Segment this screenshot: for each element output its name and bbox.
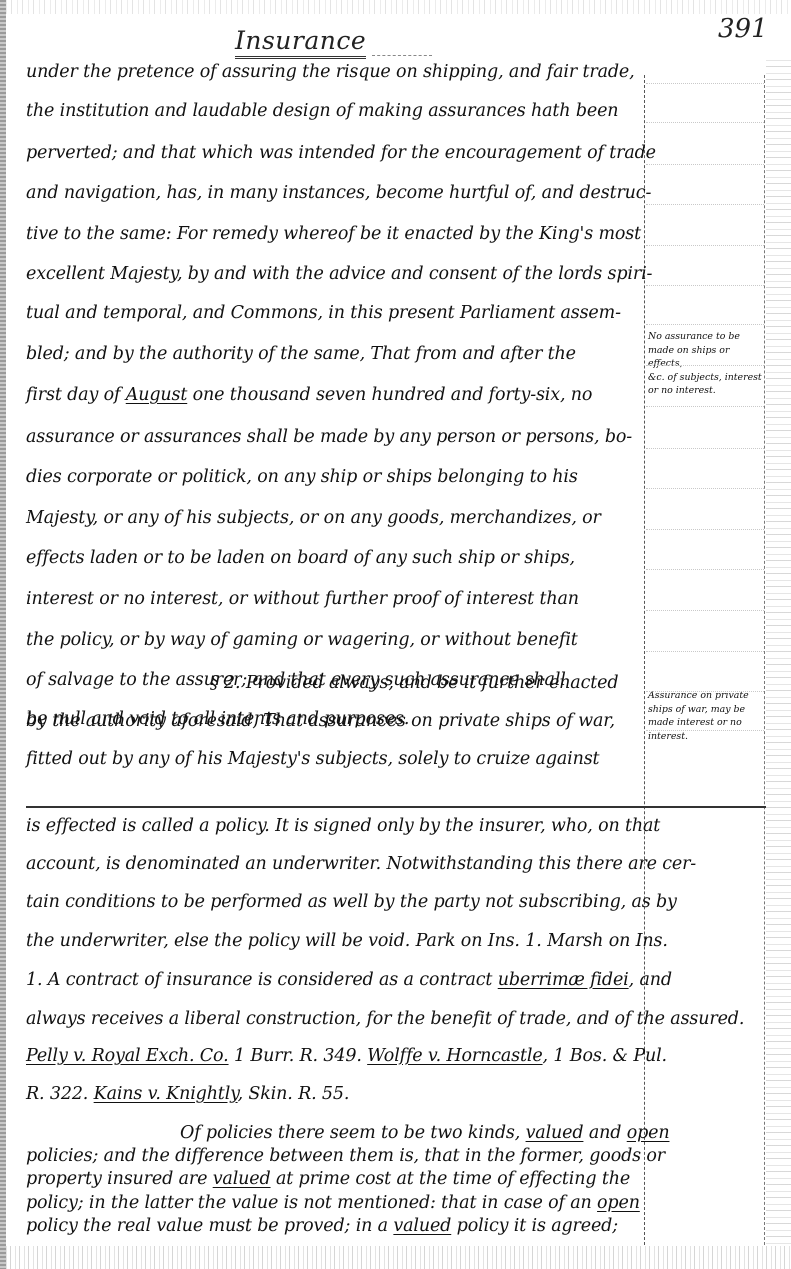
margin-rule-right <box>764 75 765 1245</box>
text-line: assurance or assurances shall be made by… <box>26 427 638 447</box>
scan-noise-right <box>766 60 791 1246</box>
text-line: is effected is called a policy. It is si… <box>26 816 761 836</box>
text-line: by the authority aforesaid, That assuran… <box>26 711 638 731</box>
margin-ruling <box>646 610 764 611</box>
margin-ruling <box>646 488 764 489</box>
text-line: Pelly v. Royal Exch. Co. 1 Burr. R. 349.… <box>26 1046 761 1066</box>
title-trailing-dash <box>372 55 432 56</box>
text-line: property insured are valued at prime cos… <box>26 1169 761 1189</box>
text-line: perverted; and that which was intended f… <box>26 143 638 163</box>
text-line: tain conditions to be performed as well … <box>26 892 761 912</box>
note-line: No assurance to be <box>648 330 764 344</box>
scan-edge <box>0 0 6 1269</box>
text-line: R. 322. Kains v. Knightly, Skin. R. 55. <box>26 1084 761 1104</box>
page-title: Insurance <box>235 26 366 59</box>
text-line: 1. A contract of insurance is considered… <box>26 970 761 990</box>
note-line: made on ships or effects, <box>648 344 764 371</box>
margin-ruling <box>646 448 764 449</box>
margin-ruling <box>646 204 764 205</box>
text-line: excellent Majesty, by and with the advic… <box>26 264 638 284</box>
text-line: the policy, or by way of gaming or wager… <box>26 630 638 650</box>
text-line: bled; and by the authority of the same, … <box>26 344 638 364</box>
margin-ruling <box>646 406 764 407</box>
text-line: under the pretence of assuring the risqu… <box>26 62 638 82</box>
margin-ruling <box>646 730 764 731</box>
margin-ruling <box>646 83 764 84</box>
text-line: tive to the same: For remedy whereof be … <box>26 224 638 244</box>
text-line: interest or no interest, or without furt… <box>26 589 638 609</box>
text-line: account, is denominated an underwriter. … <box>26 854 761 874</box>
margin-note-no-assurance: No assurance to be made on ships or effe… <box>648 330 764 398</box>
note-line: interest. <box>648 730 764 744</box>
text-line: the underwriter, else the policy will be… <box>26 931 761 951</box>
margin-ruling <box>646 164 764 165</box>
text-line: Majesty, or any of his subjects, or on a… <box>26 508 638 528</box>
margin-ruling <box>646 285 764 286</box>
margin-ruling <box>646 324 764 325</box>
note-line: ships of war, may be <box>648 703 764 717</box>
text-line: the institution and laudable design of m… <box>26 101 638 121</box>
text-line: dies corporate or politick, on any ship … <box>26 467 638 487</box>
text-line: policies; and the difference between the… <box>26 1146 761 1166</box>
text-line: Of policies there seem to be two kinds, … <box>180 1123 791 1143</box>
margin-ruling <box>646 651 764 652</box>
margin-rule-left <box>644 75 645 1245</box>
margin-ruling <box>646 245 764 246</box>
text-line: tual and temporal, and Commons, in this … <box>26 303 638 323</box>
margin-ruling <box>646 691 764 692</box>
margin-ruling <box>646 569 764 570</box>
text-line: policy the real value must be proved; in… <box>26 1216 761 1236</box>
margin-ruling <box>646 529 764 530</box>
note-line: &c. of subjects, interest <box>648 371 764 385</box>
text-line: and navigation, has, in many instances, … <box>26 183 638 203</box>
text-line: policy; in the latter the value is not m… <box>26 1193 761 1213</box>
note-line: or no interest. <box>648 384 764 398</box>
text-line: fitted out by any of his Majesty's subje… <box>26 749 638 769</box>
text-line: effects laden or to be laden on board of… <box>26 548 638 568</box>
text-line: always receives a liberal construction, … <box>26 1009 761 1029</box>
scan-noise-top <box>6 0 791 14</box>
page-number: 391 <box>718 14 768 44</box>
text-line: first day of August one thousand seven h… <box>26 385 638 405</box>
margin-note-private-ships: Assurance on private ships of war, may b… <box>648 689 764 743</box>
margin-ruling <box>646 365 764 366</box>
scan-noise-bottom <box>6 1246 791 1269</box>
margin-ruling <box>646 122 764 123</box>
note-line: made interest or no <box>648 716 764 730</box>
section-separator <box>26 806 766 808</box>
